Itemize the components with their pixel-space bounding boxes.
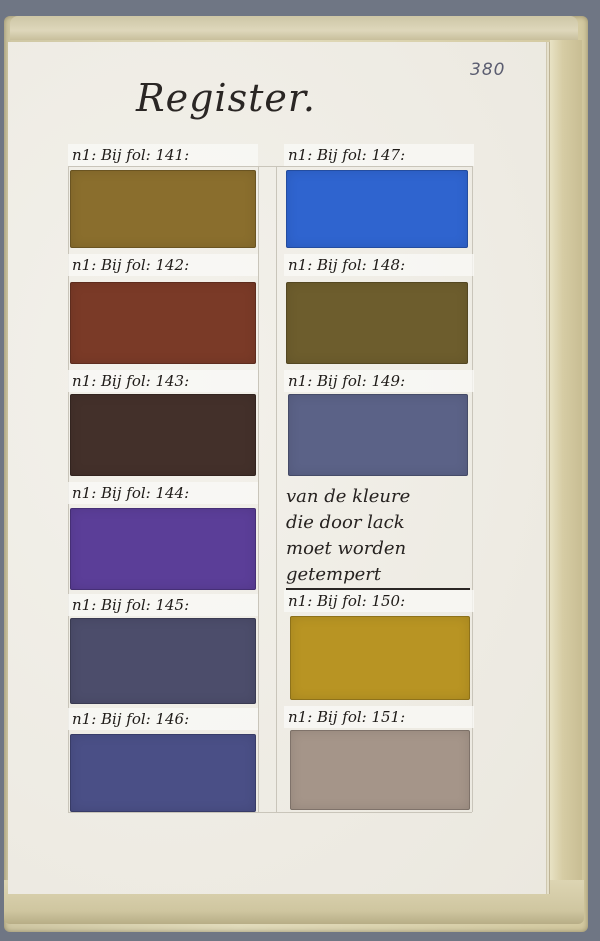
swatch-label: n1: Bij fol: 147:: [284, 144, 474, 166]
swatch-label: n1: Bij fol: 143:: [68, 370, 258, 392]
color-swatch: [70, 170, 256, 248]
color-swatch: [286, 282, 468, 364]
swatch-label: n1: Bij fol: 151:: [284, 706, 474, 728]
color-swatch: [290, 616, 470, 700]
page-number: 380: [470, 60, 505, 80]
grid-line-center-b: [276, 166, 277, 812]
swatch-label: n1: Bij fol: 141:: [68, 144, 258, 166]
swatch-label: n1: Bij fol: 146:: [68, 708, 258, 730]
handwritten-note: van de kleure die door lack moet worden …: [286, 484, 470, 590]
note-line: getempert: [286, 562, 470, 590]
swatch-label: n1: Bij fol: 150:: [284, 590, 474, 612]
note-line: van de kleure: [286, 484, 470, 510]
swatch-label: n1: Bij fol: 148:: [284, 254, 474, 276]
grid-line-top: [68, 166, 472, 167]
swatch-label: n1: Bij fol: 149:: [284, 370, 474, 392]
note-line: die door lack: [286, 510, 470, 536]
page-title: Register.: [136, 76, 316, 120]
swatch-label: n1: Bij fol: 142:: [68, 254, 258, 276]
cover-right-edge: [550, 40, 582, 910]
color-swatch: [286, 170, 468, 248]
grid-line-center-a: [258, 166, 259, 812]
grid-line-bottom: [68, 812, 472, 813]
color-swatch: [70, 394, 256, 476]
swatch-label: n1: Bij fol: 144:: [68, 482, 258, 504]
cover-top-edge: [10, 16, 578, 40]
color-swatch: [70, 508, 256, 590]
color-swatch: [70, 734, 256, 812]
color-swatch: [288, 394, 468, 476]
color-swatch: [290, 730, 470, 810]
color-swatch: [70, 618, 256, 704]
swatch-label: n1: Bij fol: 145:: [68, 594, 258, 616]
color-swatch: [70, 282, 256, 364]
note-line: moet worden: [286, 536, 470, 562]
